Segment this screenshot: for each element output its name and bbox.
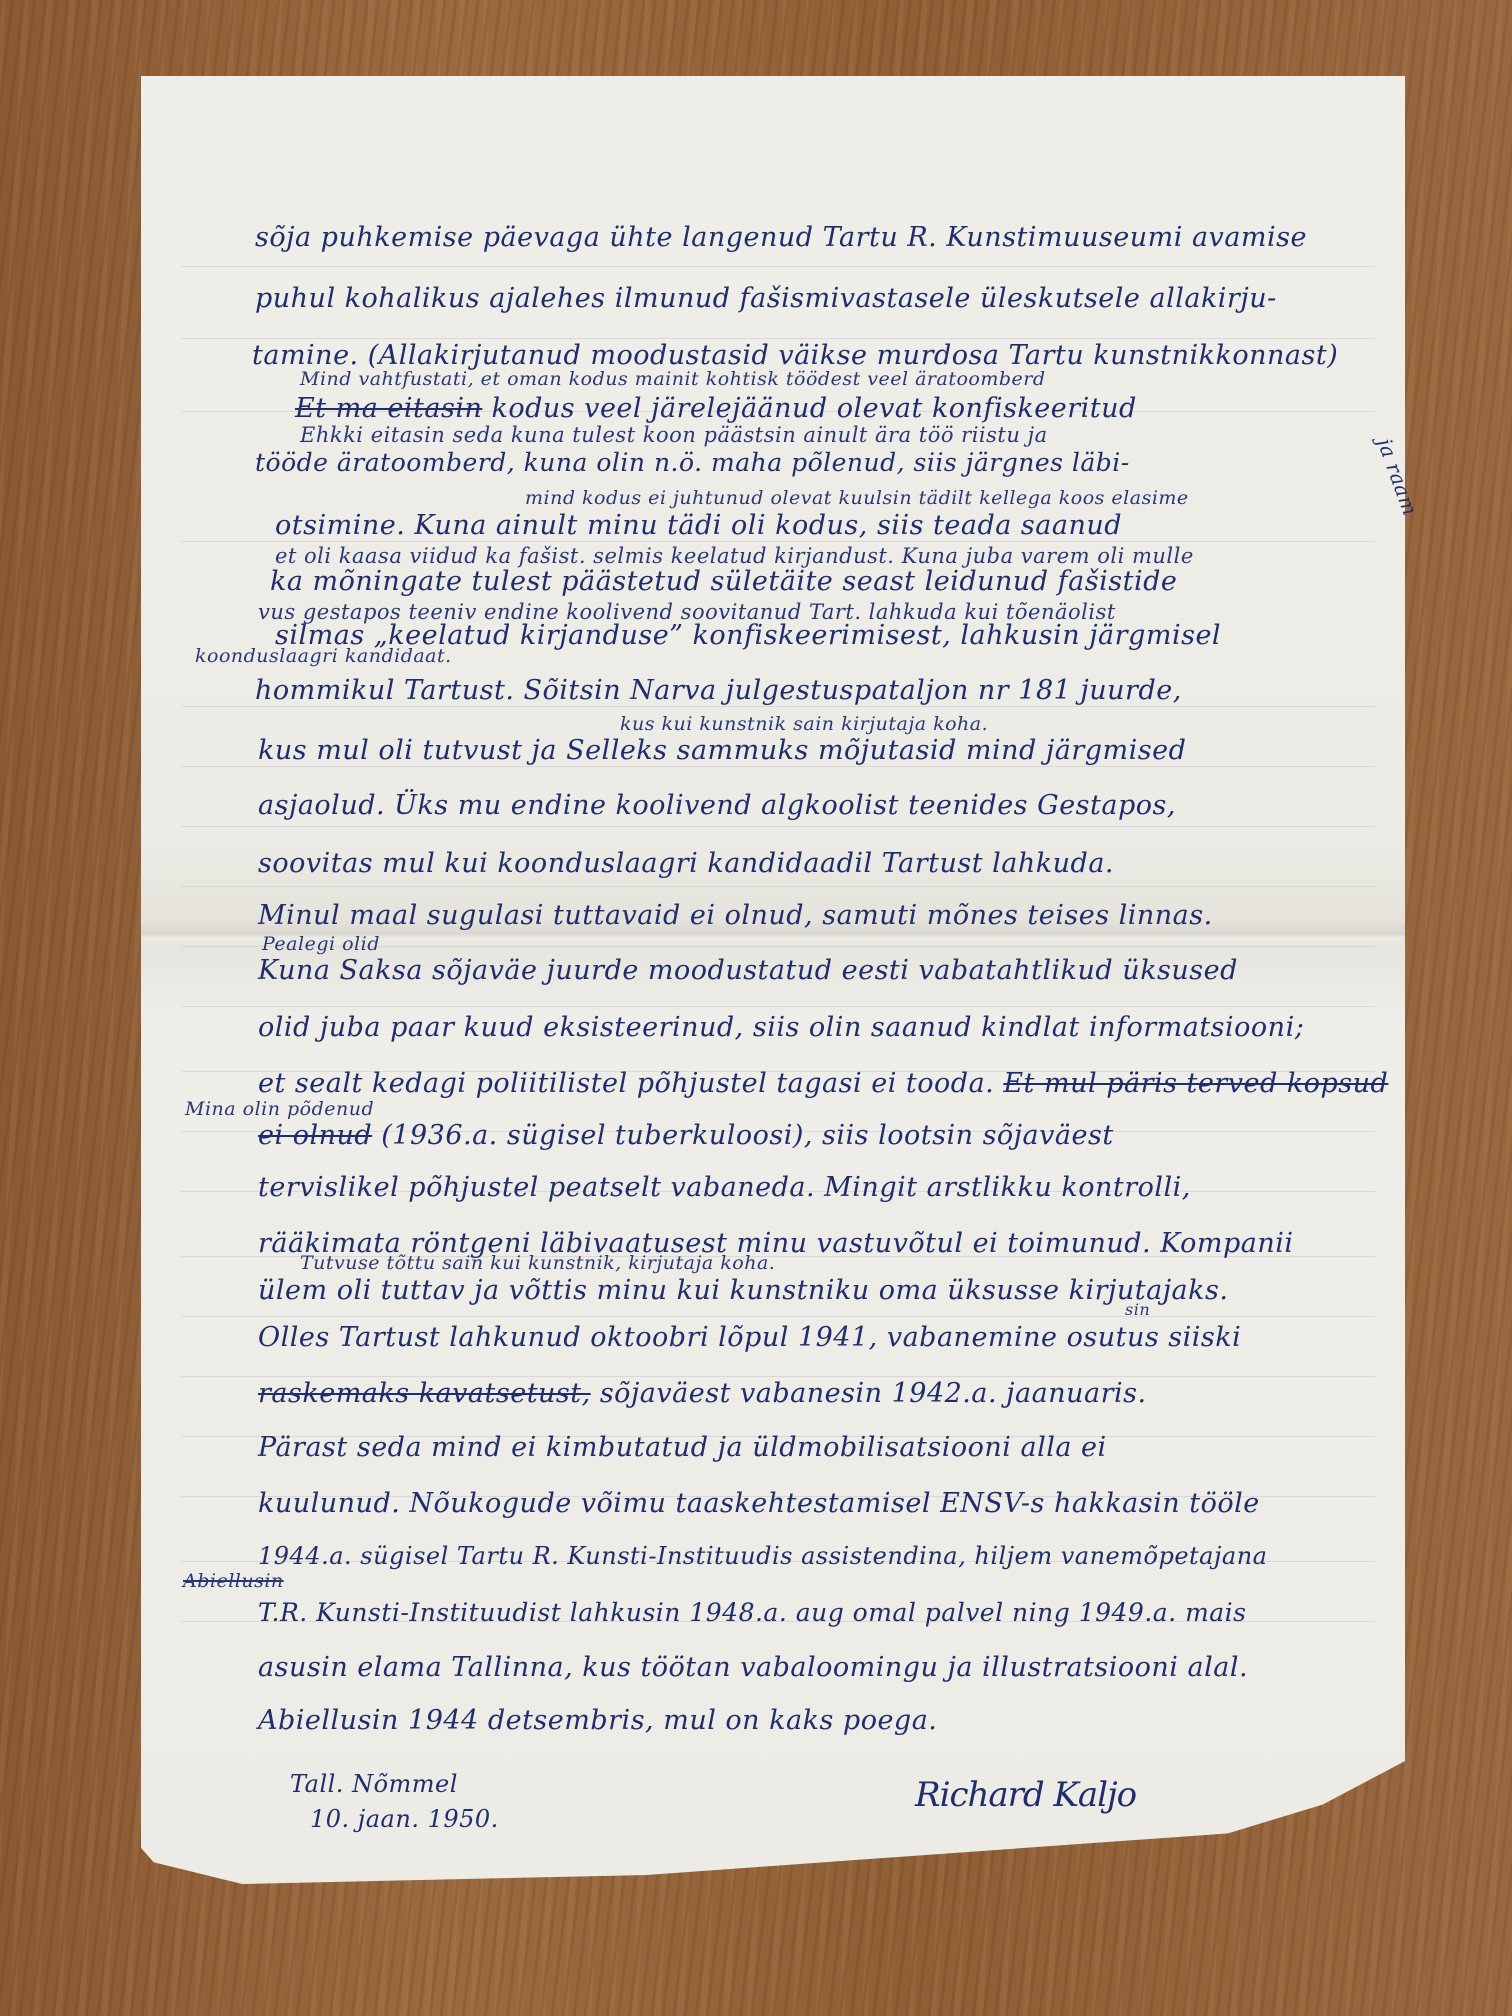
text-line: soovitas mul kui koonduslaagri kandidaad… xyxy=(258,848,1114,879)
text-line: puhul kohalikus ajalehes ilmunud fašismi… xyxy=(255,283,1277,314)
text-line: olid juba paar kuud eksisteerinud, siis … xyxy=(258,1012,1304,1043)
ruled-line xyxy=(181,886,1375,887)
text-line: 1944.a. sügisel Tartu R. Kunsti-Instituu… xyxy=(258,1542,1267,1570)
text-line: ka mõningate tulest päästetud sületäite … xyxy=(270,566,1177,597)
struck-text: Et mul päris terved kopsud xyxy=(1003,1068,1388,1099)
ruled-line xyxy=(181,338,1375,339)
ruled-line xyxy=(181,1316,1375,1317)
ruled-line xyxy=(181,766,1375,767)
text-line: hommikul Tartust. Sõitsin Narva julgestu… xyxy=(255,675,1182,706)
text-line: Olles Tartust lahkunud oktoobri lõpul 19… xyxy=(258,1322,1241,1353)
text-line: tervislikel põhjustel peatselt vabaneda.… xyxy=(258,1172,1191,1203)
struck-text: ei olnud xyxy=(258,1120,372,1151)
ruled-line xyxy=(181,706,1375,707)
text-line: et oli kaasa viidud ka fašist. selmis ke… xyxy=(275,544,1194,568)
text-line: ülem oli tuttav ja võttis minu kui kunst… xyxy=(258,1275,1228,1306)
text-line: Ehkki eitasin seda kuna tulest koon pääs… xyxy=(300,423,1048,447)
text-line: tööde äratoomberd, kuna olin n.ö. maha p… xyxy=(255,448,1130,477)
text-line: sõja puhkemise päevaga ühte langenud Tar… xyxy=(255,222,1307,253)
place-of-writing: Tall. Nõmmel xyxy=(290,1770,458,1798)
insertion-line: kus kui kunstnik sain kirjutaja koha. xyxy=(620,713,988,735)
insertion-line: Mind vahtfustati, et oman kodus mainit k… xyxy=(300,368,1046,390)
text-span: kodus veel järelejäänud olevat konfiskee… xyxy=(482,393,1136,424)
text-span: sõjaväest vabanesin 1942.a. jaanuaris. xyxy=(600,1378,1147,1409)
text-line: kuulunud. Nõukogude võimu taaskehtestami… xyxy=(258,1488,1260,1519)
text-line: asjaolud. Üks mu endine koolivend algkoo… xyxy=(258,790,1176,821)
text-line: kus mul oli tutvust ja Selleks sammuks m… xyxy=(258,735,1186,766)
insertion-mark: sin xyxy=(1125,1300,1150,1319)
ruled-line xyxy=(181,266,1375,267)
text-line: ei olnud (1936.a. sügisel tuberkuloosi),… xyxy=(258,1120,1114,1151)
text-line: et sealt kedagi poliitilistel põhjustel … xyxy=(258,1068,1388,1099)
struck-text: raskemaks kavatsetust, xyxy=(258,1378,591,1409)
ruled-line xyxy=(181,1376,1375,1377)
insertion-line: mind kodus ei juhtunud olevat kuulsin tä… xyxy=(525,487,1189,509)
left-margin-note: Abiellusin xyxy=(183,1570,284,1592)
text-line: otsimine. Kuna ainult minu tädi oli kodu… xyxy=(275,510,1122,541)
text-span: et sealt kedagi poliitilistel põhjustel … xyxy=(258,1068,994,1099)
left-margin-note: koonduslaagri kandidaat. xyxy=(195,645,452,667)
text-line: tamine. (Allakirjutanud moodustasid väik… xyxy=(252,340,1338,371)
struck-text: Et ma eitasin xyxy=(295,393,482,424)
ruled-line xyxy=(181,1006,1375,1007)
date-written: 10. jaan. 1950. xyxy=(310,1805,499,1833)
ruled-line xyxy=(181,541,1375,542)
text-line: asusin elama Tallinna, kus töötan vabalo… xyxy=(258,1652,1248,1683)
text-line: Abiellusin 1944 detsembris, mul on kaks … xyxy=(258,1705,937,1736)
insertion-line: Tutvuse tõttu sain kui kunstnik, kirjuta… xyxy=(300,1252,775,1274)
signature: Richard Kaljo xyxy=(915,1775,1136,1815)
text-line: Pärast seda mind ei kimbutatud ja üldmob… xyxy=(258,1432,1107,1463)
text-line: T.R. Kunsti-Instituudist lahkusin 1948.a… xyxy=(258,1598,1247,1627)
ruled-line xyxy=(181,826,1375,827)
text-span: (1936.a. sügisel tuberkuloosi), siis loo… xyxy=(381,1120,1113,1151)
text-line: raskemaks kavatsetust, sõjaväest vabanes… xyxy=(258,1378,1147,1409)
text-line: Et ma eitasin kodus veel järelejäänud ol… xyxy=(295,393,1137,424)
left-margin-note: Mina olin põdenud xyxy=(185,1098,374,1120)
text-line: Minul maal sugulasi tuttavaid ei olnud, … xyxy=(258,900,1213,931)
insertion-line: Pealegi olid xyxy=(262,933,380,955)
text-line: Kuna Saksa sõjaväe juurde moodustatud ee… xyxy=(258,955,1238,986)
